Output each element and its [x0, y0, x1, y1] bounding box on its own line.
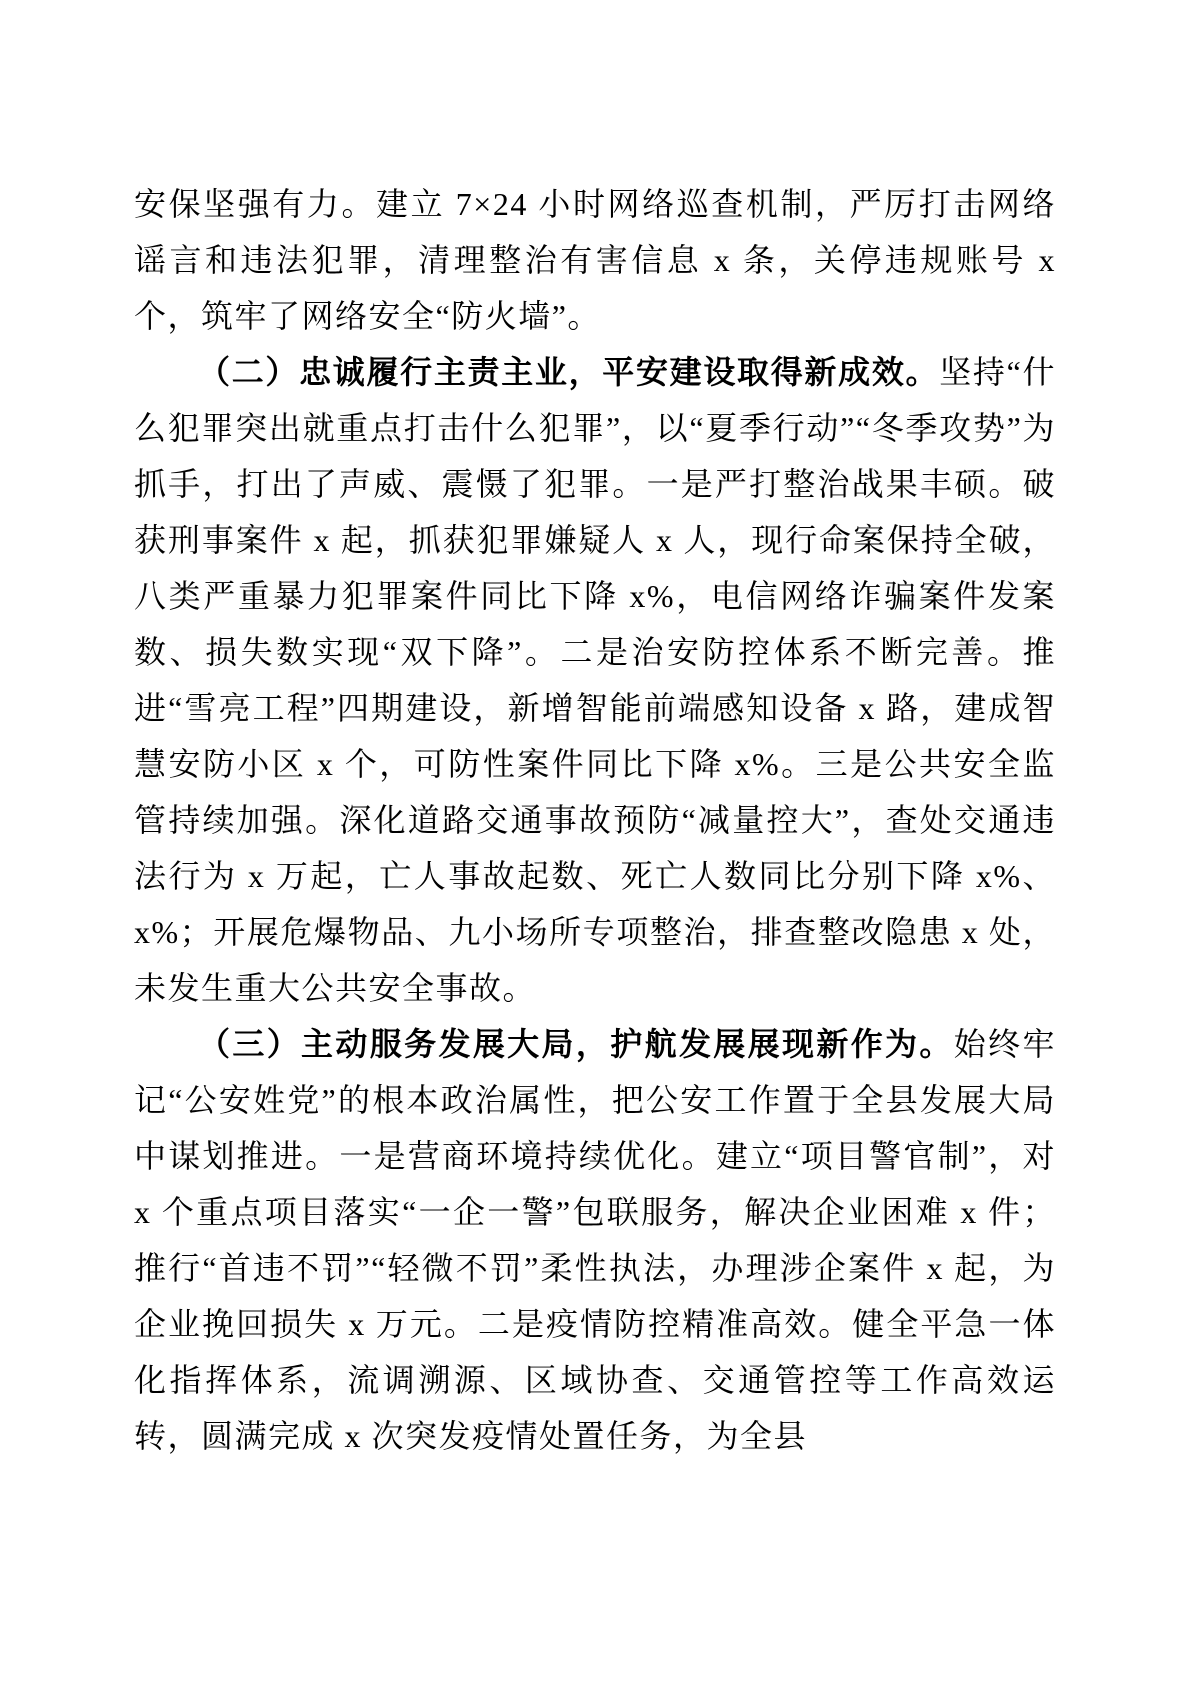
paragraph-text: 坚持“什么犯罪突出就重点打击什么犯罪”，以“夏季行动”“冬季攻势”为抓手，打出了… — [134, 354, 1056, 1006]
paragraph-continuation: 安保坚强有力。建立 7×24 小时网络巡查机制，严厉打击网络谣言和违法犯罪，清理… — [134, 176, 1056, 344]
paragraph-section-2: （二）忠诚履行主责主业，平安建设取得新成效。坚持“什么犯罪突出就重点打击什么犯罪… — [134, 344, 1056, 1016]
paragraph-lead: （二）忠诚履行主责主业，平安建设取得新成效。 — [198, 354, 939, 390]
paragraph-lead: （三）主动服务发展大局，护航发展展现新作为。 — [198, 1026, 954, 1062]
paragraph-text: 安保坚强有力。建立 7×24 小时网络巡查机制，严厉打击网络谣言和违法犯罪，清理… — [134, 186, 1056, 334]
document-text-block: 安保坚强有力。建立 7×24 小时网络巡查机制，严厉打击网络谣言和违法犯罪，清理… — [134, 176, 1056, 1464]
paragraph-section-3: （三）主动服务发展大局，护航发展展现新作为。始终牢记“公安姓党”的根本政治属性，… — [134, 1016, 1056, 1464]
paragraph-text: 始终牢记“公安姓党”的根本政治属性，把公安工作置于全县发展大局中谋划推进。一是营… — [134, 1026, 1056, 1454]
document-page: 安保坚强有力。建立 7×24 小时网络巡查机制，严厉打击网络谣言和违法犯罪，清理… — [0, 0, 1190, 1683]
